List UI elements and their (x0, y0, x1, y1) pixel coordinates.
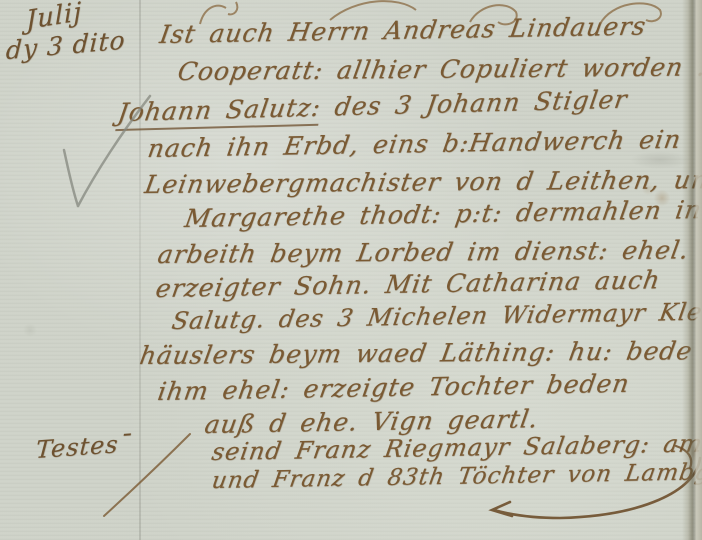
line-rest: des 3 Johann Stigler (319, 85, 630, 122)
manuscript-page: Julij dy 3 dito Testes¯ Ist auch Herrn A… (0, 0, 702, 540)
fold-line (139, 0, 141, 540)
manuscript-line: Margarethe thodt: p:t: dermahlen in d (183, 194, 702, 233)
manuscript-line: ihm ehel: erzeigte Tochter beden (156, 369, 632, 406)
manuscript-line: erzeigter Sohn. Mit Catharina auch (154, 265, 663, 303)
manuscript-line: Ist auch Herrn Andreas Lindauers (158, 11, 649, 49)
manuscript-line: Leinwebergmachister von d Leithen, und (143, 165, 702, 199)
manuscript-line: Salutg. des 3 Michelen Widermayr Klein, (170, 297, 702, 335)
margin-note-testes: Testes¯ (35, 429, 133, 464)
manuscript-line: arbeith beym Lorbed im dienst: ehel. (156, 235, 692, 269)
margin-note-date: dy 3 dito (5, 25, 126, 65)
manuscript-line: Johann Salutz: des 3 Johann Stigler (116, 85, 630, 127)
manuscript-line: Cooperatt: allhier Copuliert worden . (176, 52, 702, 86)
underlined-names: Johann Salutz: (115, 93, 323, 131)
manuscript-line: häuslers beym waed Läthing: hu: bede (138, 336, 695, 370)
manuscript-line: nach ihn Erbd, eins b:Handwerch ein (146, 125, 684, 163)
